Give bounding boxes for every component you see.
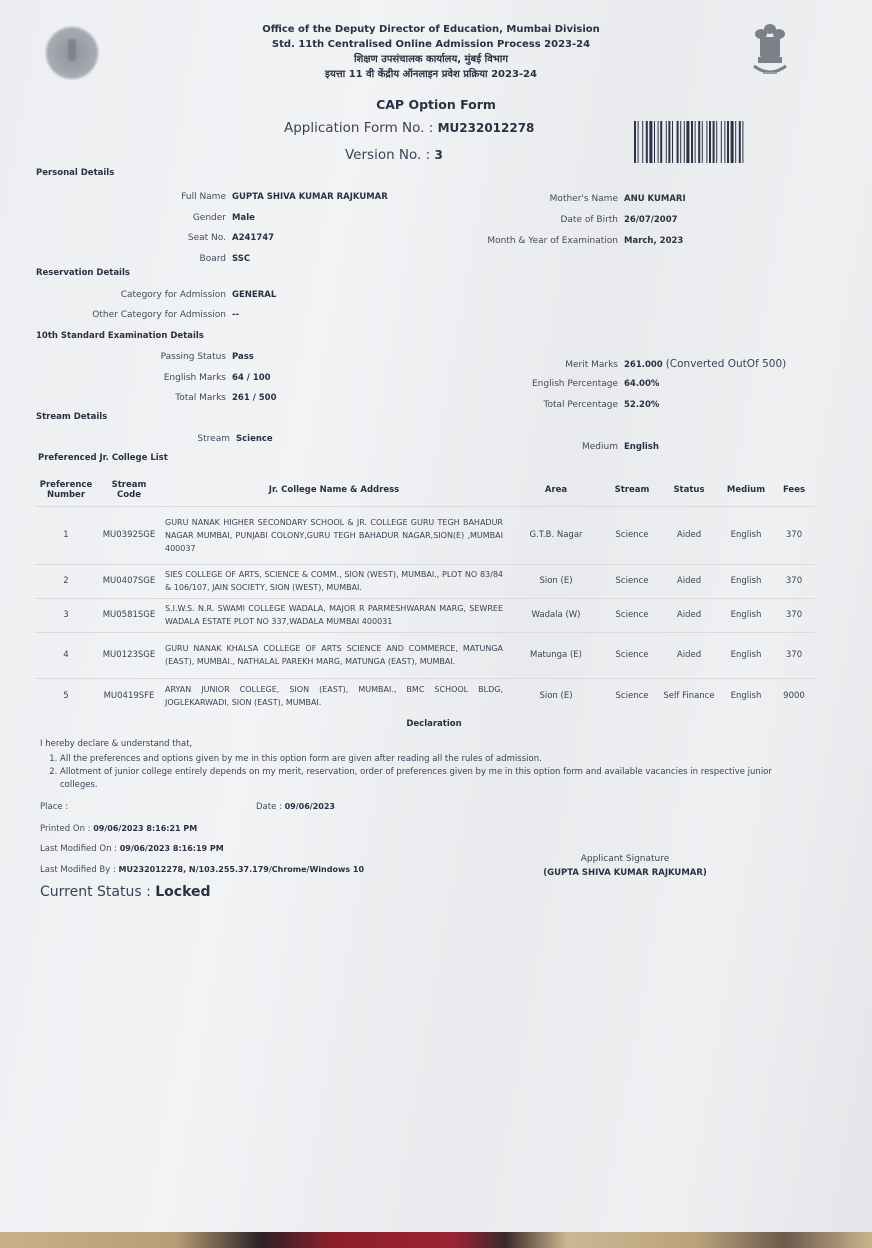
college-name-cell: GURU NANAK HIGHER SECONDARY SCHOOL & JR.… xyxy=(161,506,507,564)
preference-number-cell: 2 xyxy=(35,564,97,598)
category-label: Category for Admission xyxy=(40,290,232,300)
total-marks-label: Total Marks xyxy=(80,393,232,403)
stream-row: StreamScience xyxy=(80,434,273,444)
signature-label: Applicant Signature xyxy=(530,852,720,866)
status-cell: Aided xyxy=(659,632,719,678)
stream-details-heading: Stream Details xyxy=(36,412,107,422)
fees-cell: 370 xyxy=(773,564,815,598)
board-value: SSC xyxy=(232,254,250,264)
medium-cell: English xyxy=(719,564,773,598)
dob-label: Date of Birth xyxy=(440,215,624,225)
form-title: CAP Option Form xyxy=(0,97,872,112)
date-row: Date : 09/06/2023 xyxy=(256,802,335,812)
other-category-value: -- xyxy=(232,310,239,320)
header-college-name: Jr. College Name & Address xyxy=(161,474,507,506)
english-marks-value: 64 / 100 xyxy=(232,373,271,383)
merit-marks-value: 261.000 (Converted OutOf 500) xyxy=(624,358,786,370)
passing-status-value: Pass xyxy=(232,352,254,362)
stream-label: Stream xyxy=(80,434,236,444)
medium-value: English xyxy=(624,442,659,452)
english-percentage-value: 64.00% xyxy=(624,379,659,389)
medium-cell: English xyxy=(719,506,773,564)
declaration-heading: Declaration xyxy=(0,719,870,729)
category-value: GENERAL xyxy=(232,290,276,300)
area-cell: Wadala (W) xyxy=(507,598,605,632)
medium-label: Medium xyxy=(440,442,624,452)
declaration-intro: I hereby declare & understand that, xyxy=(40,739,192,749)
area-cell: G.T.B. Nagar xyxy=(507,506,605,564)
header-line-1: Office of the Deputy Director of Educati… xyxy=(0,22,872,37)
mother-name-value: ANU KUMARI xyxy=(624,194,686,204)
area-cell: Sion (E) xyxy=(507,678,605,714)
printed-on-row: Printed On : 09/06/2023 8:16:21 PM xyxy=(40,824,197,834)
last-modified-on-label: Last Modified On : xyxy=(40,844,117,854)
personal-left-block: Full NameGUPTA SHIVA KUMAR RAJKUMAR Gend… xyxy=(80,192,388,274)
seat-number-value: A241747 xyxy=(232,233,274,243)
printed-on-label: Printed On : xyxy=(40,824,91,834)
stream-code-cell: MU0392SGE xyxy=(97,506,161,564)
signature-name: (GUPTA SHIVA KUMAR RAJKUMAR) xyxy=(543,868,707,878)
medium-cell: English xyxy=(719,678,773,714)
national-emblem-icon xyxy=(752,22,788,80)
area-cell: Sion (E) xyxy=(507,564,605,598)
printed-on-value: 09/06/2023 8:16:21 PM xyxy=(93,824,197,833)
fees-cell: 9000 xyxy=(773,678,815,714)
place-row: Place : xyxy=(40,802,68,812)
stream-cell: Science xyxy=(605,564,659,598)
exam-month-year-value: March, 2023 xyxy=(624,236,683,246)
fees-cell: 370 xyxy=(773,598,815,632)
date-label: Date : xyxy=(256,802,282,812)
stream-value: Science xyxy=(236,434,273,444)
stream-cell: Science xyxy=(605,678,659,714)
total-percentage-value: 52.20% xyxy=(624,400,659,410)
table-row: 4MU0123SGEGURU NANAK KHALSA COLLEGE OF A… xyxy=(35,632,815,678)
table-row: 2MU0407SGESIES COLLEGE OF ARTS, SCIENCE … xyxy=(35,564,815,598)
merit-marks-note: (Converted OutOf 500) xyxy=(666,358,787,370)
preference-list-heading: Preferenced Jr. College List xyxy=(38,453,168,463)
personal-right-block: Mother's NameANU KUMARI Date of Birth26/… xyxy=(440,194,686,257)
current-status: Current Status : Locked xyxy=(40,884,211,900)
application-number-value: MU232012278 xyxy=(438,121,535,135)
current-status-value: Locked xyxy=(155,884,210,900)
header-fees: Fees xyxy=(773,474,815,506)
header-line-3: शिक्षण उपसंचालक कार्यालय, मुंबई विभाग xyxy=(0,52,872,67)
header-stream: Stream xyxy=(605,474,659,506)
college-name-cell: GURU NANAK KHALSA COLLEGE OF ARTS SCIENC… xyxy=(161,632,507,678)
college-name-cell: SIES COLLEGE OF ARTS, SCIENCE & COMM., S… xyxy=(161,564,507,598)
last-modified-on-row: Last Modified On : 09/06/2023 8:16:19 PM xyxy=(40,844,224,854)
applicant-signature: Applicant Signature (GUPTA SHIVA KUMAR R… xyxy=(530,852,720,880)
header-medium: Medium xyxy=(719,474,773,506)
declaration-list: All the preferences and options given by… xyxy=(40,753,800,792)
table-row: 3MU0581SGES.I.W.S. N.R. SWAMI COLLEGE WA… xyxy=(35,598,815,632)
office-header: Office of the Deputy Director of Educati… xyxy=(0,22,872,82)
college-name-cell: S.I.W.S. N.R. SWAMI COLLEGE WADALA, MAJO… xyxy=(161,598,507,632)
college-name-cell: ARYAN JUNIOR COLLEGE, SION (EAST), MUMBA… xyxy=(161,678,507,714)
medium-cell: English xyxy=(719,598,773,632)
last-modified-by-row: Last Modified By : MU232012278, N/103.25… xyxy=(40,865,364,875)
application-number-label: Application Form No. : xyxy=(284,120,433,136)
reservation-details-heading: Reservation Details xyxy=(36,268,130,278)
merit-marks-label: Merit Marks xyxy=(440,360,624,370)
status-cell: Aided xyxy=(659,598,719,632)
stream-code-cell: MU0581SGE xyxy=(97,598,161,632)
preference-number-cell: 5 xyxy=(35,678,97,714)
mother-name-label: Mother's Name xyxy=(440,194,624,204)
stream-code-cell: MU0123SGE xyxy=(97,632,161,678)
full-name-value: GUPTA SHIVA KUMAR RAJKUMAR xyxy=(232,192,388,202)
last-modified-on-value: 09/06/2023 8:16:19 PM xyxy=(120,844,224,853)
gender-label: Gender xyxy=(80,213,232,223)
fees-cell: 370 xyxy=(773,506,815,564)
fees-cell: 370 xyxy=(773,632,815,678)
medium-cell: English xyxy=(719,632,773,678)
passing-status-label: Passing Status xyxy=(80,352,232,362)
place-label: Place : xyxy=(40,802,68,812)
current-status-label: Current Status : xyxy=(40,884,151,900)
merit-marks-number: 261.000 xyxy=(624,360,663,370)
area-cell: Matunga (E) xyxy=(507,632,605,678)
last-modified-by-value: MU232012278, N/103.255.37.179/Chrome/Win… xyxy=(119,865,365,874)
exam-details-heading: 10th Standard Examination Details xyxy=(36,331,204,341)
header-line-2: Std. 11th Centralised Online Admission P… xyxy=(0,37,872,52)
status-cell: Aided xyxy=(659,506,719,564)
version-number-value: 3 xyxy=(434,148,442,162)
other-category-label: Other Category for Admission xyxy=(40,310,232,320)
personal-details-heading: Personal Details xyxy=(36,168,114,178)
header-preference-number: Preference Number xyxy=(35,474,97,506)
version-number: Version No. : 3 xyxy=(345,147,443,163)
board-label: Board xyxy=(80,254,232,264)
declaration-item: Allotment of junior college entirely dep… xyxy=(60,766,800,792)
seat-number-label: Seat No. xyxy=(80,233,232,243)
header-line-4: इयत्ता 11 वी केंद्रीय ऑनलाइन प्रवेश प्रक… xyxy=(0,67,872,82)
stream-code-cell: MU0419SFE xyxy=(97,678,161,714)
table-row: 5MU0419SFEARYAN JUNIOR COLLEGE, SION (EA… xyxy=(35,678,815,714)
preference-number-cell: 3 xyxy=(35,598,97,632)
header-area: Area xyxy=(507,474,605,506)
status-cell: Aided xyxy=(659,564,719,598)
preference-table: Preference Number Stream Code Jr. Colleg… xyxy=(35,474,815,714)
total-percentage-label: Total Percentage xyxy=(440,400,624,410)
medium-row: MediumEnglish xyxy=(440,442,659,452)
stream-cell: Science xyxy=(605,506,659,564)
dob-value: 26/07/2007 xyxy=(624,215,678,225)
preference-number-cell: 1 xyxy=(35,506,97,564)
declaration-item: All the preferences and options given by… xyxy=(60,753,800,766)
exam-right-block: Merit Marks261.000 (Converted OutOf 500)… xyxy=(440,358,786,421)
gender-value: Male xyxy=(232,213,255,223)
preference-number-cell: 4 xyxy=(35,632,97,678)
english-percentage-label: English Percentage xyxy=(440,379,624,389)
stream-code-cell: MU0407SGE xyxy=(97,564,161,598)
stream-cell: Science xyxy=(605,598,659,632)
reservation-block: Category for AdmissionGENERAL Other Cate… xyxy=(40,290,276,330)
status-cell: Self Finance xyxy=(659,678,719,714)
header-stream-code: Stream Code xyxy=(97,474,161,506)
application-number: Application Form No. : MU232012278 xyxy=(284,120,534,136)
header-status: Status xyxy=(659,474,719,506)
table-row: 1MU0392SGEGURU NANAK HIGHER SECONDARY SC… xyxy=(35,506,815,564)
version-number-label: Version No. : xyxy=(345,147,430,163)
exam-month-year-label: Month & Year of Examination xyxy=(440,236,624,246)
last-modified-by-label: Last Modified By : xyxy=(40,865,116,875)
exam-left-block: Passing StatusPass English Marks64 / 100… xyxy=(80,352,277,414)
full-name-label: Full Name xyxy=(80,192,232,202)
english-marks-label: English Marks xyxy=(80,373,232,383)
total-marks-value: 261 / 500 xyxy=(232,393,277,403)
date-value: 09/06/2023 xyxy=(285,802,335,811)
printed-form-page: Office of the Deputy Director of Educati… xyxy=(0,0,872,1232)
stream-cell: Science xyxy=(605,632,659,678)
barcode-icon xyxy=(634,121,806,163)
background-tablecloth xyxy=(0,1232,872,1248)
